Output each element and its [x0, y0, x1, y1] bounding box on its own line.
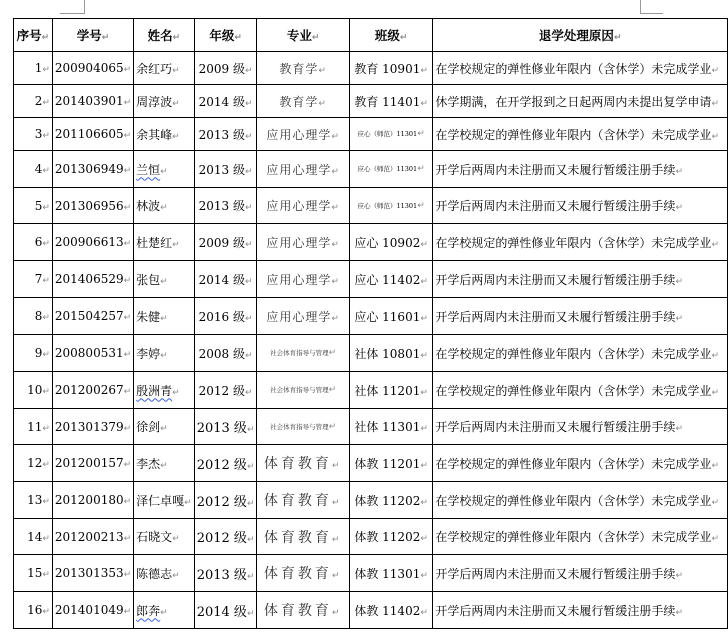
- paragraph-mark-icon: ↵: [160, 203, 168, 213]
- cell-grade-text: 2014 级: [199, 95, 245, 109]
- cell-name-text: 林波: [136, 199, 160, 213]
- paragraph-mark-icon: ↵: [160, 351, 168, 361]
- paragraph-mark-icon: ↵: [675, 571, 683, 581]
- table-row: 13↵ 201200180↵ 泽仁卓嘎↵ 2012 级↵ 体育教育↵ 体教 11…: [14, 482, 728, 519]
- paragraph-mark-icon: ↵: [247, 462, 255, 472]
- header-name[interactable]: 姓名↵: [134, 19, 195, 52]
- table-row: 9↵ 200800531↵ 李婷↵ 2008 级↵ 社会体育指导与管理↵ 社体 …: [14, 335, 728, 372]
- paragraph-mark-icon: ↵: [420, 351, 428, 361]
- cell-major-text: 应用心理学: [266, 273, 331, 287]
- table-row: 11↵ 201301379↵ 徐剑↵ 2013 级↵ 社会体育指导与管理↵ 社体…: [14, 409, 728, 445]
- cell-student-id-text: 201301353: [55, 566, 124, 580]
- paragraph-mark-icon: ↵: [184, 498, 192, 508]
- paragraph-mark-icon: ↵: [247, 499, 255, 509]
- cell-student-id-text: 201306949: [55, 162, 124, 176]
- paragraph-mark-icon: ↵: [614, 33, 622, 43]
- cell-reason-text: 在学校规定的弹性修业年限内（含休学）未完成学业: [435, 457, 711, 471]
- cell-no[interactable]: 14↵: [14, 519, 53, 555]
- cell-student-id-text: 201200213: [55, 530, 124, 544]
- cell-class[interactable]: 应心（师范）11301↵: [349, 118, 433, 151]
- table-row: 15↵ 201301353↵ 陈德志↵ 2013 级↵ 体育教育↵ 体教 113…: [14, 555, 728, 592]
- paragraph-mark-icon: ↵: [332, 498, 343, 508]
- cell-name[interactable]: 郎奔↵: [134, 592, 195, 629]
- paragraph-mark-icon: ↵: [245, 66, 253, 76]
- cell-class[interactable]: 体教 11402↵: [349, 592, 433, 629]
- cell-no[interactable]: 6↵: [14, 224, 53, 261]
- cell-reason[interactable]: 开学后两周内未注册而又未履行暂缓注册手续↵: [433, 555, 728, 592]
- paragraph-mark-icon: ↵: [711, 240, 719, 250]
- cell-student-id-text: 201504257: [55, 309, 124, 323]
- cell-grade[interactable]: 2014 级↵: [194, 261, 257, 298]
- cell-reason-text: 开学后两周内未注册而又未履行暂缓注册手续: [435, 420, 675, 434]
- cell-reason[interactable]: 开学后两周内未注册而又未履行暂缓注册手续↵: [433, 298, 728, 335]
- cell-name[interactable]: 朱健↵: [134, 298, 195, 335]
- cell-reason[interactable]: 开学后两周内未注册而又未履行暂缓注册手续↵: [433, 151, 728, 188]
- paragraph-mark-icon: ↵: [124, 387, 132, 397]
- cell-student-id[interactable]: 201106605↵: [52, 118, 133, 151]
- cell-name-text: 石晓文: [136, 530, 172, 544]
- cell-major[interactable]: 体育教育↵: [257, 519, 349, 555]
- cell-grade[interactable]: 2013 级↵: [194, 555, 257, 592]
- cell-grade-text: 2013 级: [199, 163, 245, 177]
- cell-student-id[interactable]: 201403901↵: [52, 85, 133, 118]
- cell-grade[interactable]: 2013 级↵: [194, 118, 257, 151]
- cell-grade[interactable]: 2013 级↵: [194, 188, 257, 224]
- cell-student-id-text: 201200180: [55, 493, 124, 507]
- cell-reason-text: 在学校规定的弹性修业年限内（含休学）未完成学业: [435, 236, 711, 250]
- cell-major[interactable]: 教育学↵: [257, 52, 349, 85]
- cell-major[interactable]: 体育教育↵: [257, 482, 349, 519]
- paragraph-mark-icon: ↵: [160, 608, 168, 618]
- cell-major[interactable]: 教育学↵: [257, 85, 349, 118]
- cell-major[interactable]: 应用心理学↵: [257, 188, 349, 224]
- paragraph-mark-icon: ↵: [124, 497, 132, 507]
- cell-major[interactable]: 应用心理学↵: [257, 118, 349, 151]
- cell-student-id-text: 200906613: [55, 235, 124, 249]
- cell-class-text: 社体 10801: [354, 347, 420, 361]
- paragraph-mark-icon: ↵: [160, 461, 168, 471]
- paragraph-mark-icon: ↵: [331, 314, 340, 324]
- cell-no[interactable]: 5↵: [14, 188, 53, 224]
- paragraph-mark-icon: ↵: [420, 314, 428, 324]
- cell-major-text: 体育教育: [264, 456, 332, 472]
- cell-major-text: 应用心理学: [266, 163, 331, 177]
- paragraph-mark-icon: ↵: [172, 240, 180, 250]
- cell-student-id-text: 201200267: [55, 383, 124, 397]
- paragraph-mark-icon: ↵: [331, 203, 340, 213]
- paragraph-mark-icon: ↵: [172, 99, 180, 109]
- cell-grade[interactable]: 2014 级↵: [194, 85, 257, 118]
- paragraph-mark-icon: ↵: [245, 388, 253, 398]
- cell-student-id[interactable]: 201200213↵: [52, 519, 133, 555]
- paragraph-mark-icon: ↵: [417, 164, 425, 174]
- cell-no-text: 13: [27, 493, 42, 507]
- cell-no[interactable]: 10↵: [14, 372, 53, 409]
- cell-student-id[interactable]: 201401049↵: [52, 592, 133, 629]
- cell-grade[interactable]: 2012 级↵: [194, 482, 257, 519]
- paragraph-mark-icon: ↵: [172, 571, 180, 581]
- paragraph-mark-icon: ↵: [675, 277, 683, 287]
- cell-major-text: 应用心理学: [266, 128, 331, 142]
- cell-name-text: 郎奔: [136, 604, 160, 618]
- paragraph-mark-icon: ↵: [124, 166, 132, 176]
- paragraph-mark-icon: ↵: [172, 132, 180, 142]
- cell-class-text: 教育 11401: [354, 95, 420, 109]
- paragraph-mark-icon: ↵: [42, 460, 50, 470]
- cell-class-text: 应心（师范）11301: [358, 202, 418, 210]
- cell-student-id[interactable]: 200904065↵: [52, 52, 133, 85]
- header-no[interactable]: 序号↵: [14, 19, 53, 52]
- paragraph-mark-icon: ↵: [124, 570, 132, 580]
- cell-reason-text: 开学后两周内未注册而又未履行暂缓注册手续: [435, 273, 675, 287]
- paragraph-mark-icon: ↵: [711, 66, 719, 76]
- paragraph-mark-icon: ↵: [172, 534, 180, 544]
- cell-no[interactable]: 11↵: [14, 409, 53, 445]
- paragraph-mark-icon: ↵: [42, 387, 50, 397]
- paragraph-mark-icon: ↵: [400, 33, 408, 43]
- cell-student-id[interactable]: 201200267↵: [52, 372, 133, 409]
- paragraph-mark-icon: ↵: [124, 350, 132, 360]
- cell-grade-text: 2012 级: [197, 458, 247, 473]
- cell-major[interactable]: 体育教育↵: [257, 555, 349, 592]
- cell-name-text: 余其峰: [136, 128, 172, 142]
- cell-class[interactable]: 应心 10902↵: [349, 224, 433, 261]
- cell-reason[interactable]: 在学校规定的弹性修业年限内（含休学）未完成学业↵: [433, 52, 728, 85]
- cell-student-id-text: 200904065: [55, 61, 124, 75]
- cell-name[interactable]: 杜楚红↵: [134, 224, 195, 261]
- paragraph-mark-icon: ↵: [124, 460, 132, 470]
- cell-major[interactable]: 社会体育指导与管理↵: [257, 409, 349, 445]
- cell-major-text: 体育教育: [264, 566, 332, 582]
- cell-no-text: 10: [27, 383, 42, 397]
- cell-grade[interactable]: 2009 级↵: [194, 52, 257, 85]
- cell-student-id[interactable]: 201200157↵: [52, 445, 133, 482]
- cell-name[interactable]: 殷洲青↵: [134, 372, 195, 409]
- cell-reason-text: 开学后两周内未注册而又未履行暂缓注册手续: [435, 163, 675, 177]
- paragraph-mark-icon: ↵: [675, 424, 683, 434]
- paragraph-mark-icon: ↵: [42, 424, 50, 434]
- cell-grade[interactable]: 2012 级↵: [194, 445, 257, 482]
- cell-student-id-text: 201401049: [55, 603, 124, 617]
- cell-class[interactable]: 应心 11402↵: [349, 261, 433, 298]
- cell-reason[interactable]: 在学校规定的弹性修业年限内（含休学）未完成学业↵: [433, 372, 728, 409]
- paragraph-mark-icon: ↵: [42, 497, 50, 507]
- table-row: 10↵ 201200267↵ 殷洲青↵ 2012 级↵ 社会体育指导与管理↵ 社…: [14, 372, 728, 409]
- table-row: 5↵ 201306956↵ 林波↵ 2013 级↵ 应用心理学↵ 应心（师范）1…: [14, 188, 728, 224]
- cell-class-text: 体教 11402: [354, 604, 420, 618]
- paragraph-mark-icon: ↵: [331, 240, 340, 250]
- cell-grade-text: 2013 级: [197, 421, 247, 436]
- cell-reason[interactable]: 在学校规定的弹性修业年限内（含休学）未完成学业↵: [433, 224, 728, 261]
- cell-reason[interactable]: 在学校规定的弹性修业年限内（含休学）未完成学业↵: [433, 335, 728, 372]
- paragraph-mark-icon: ↵: [42, 534, 50, 544]
- cell-grade[interactable]: 2009 级↵: [194, 224, 257, 261]
- cell-name-text: 陈德志: [136, 567, 172, 581]
- cell-grade-text: 2014 级: [199, 273, 245, 287]
- paragraph-mark-icon: ↵: [332, 461, 343, 471]
- paragraph-mark-icon: ↵: [675, 167, 683, 177]
- cell-student-id[interactable]: 201406529↵: [52, 261, 133, 298]
- cell-grade-text: 2014 级: [197, 605, 247, 620]
- cell-major[interactable]: 社会体育指导与管理↵: [257, 372, 349, 409]
- paragraph-mark-icon: ↵: [247, 572, 255, 582]
- cell-class[interactable]: 应心（师范）11301↵: [349, 188, 433, 224]
- cell-name[interactable]: 余红巧↵: [134, 52, 195, 85]
- paragraph-mark-icon: ↵: [245, 203, 253, 213]
- cell-name-text: 李杰: [136, 457, 160, 471]
- paragraph-mark-icon: ↵: [173, 33, 181, 43]
- cell-reason[interactable]: 在学校规定的弹性修业年限内（含休学）未完成学业↵: [433, 118, 728, 151]
- cell-no[interactable]: 2↵: [14, 85, 53, 118]
- cell-student-id[interactable]: 201200180↵: [52, 482, 133, 519]
- paragraph-mark-icon: ↵: [420, 277, 428, 287]
- cell-name-text: 兰恒: [136, 163, 160, 177]
- cell-class-text: 应心 10902: [354, 236, 420, 250]
- cell-grade[interactable]: 2013 级↵: [194, 151, 257, 188]
- cell-reason[interactable]: 休学期满，在开学报到之日起两周内未提出复学申请↵: [433, 85, 728, 118]
- cell-student-id[interactable]: 201306949↵: [52, 151, 133, 188]
- paragraph-mark-icon: ↵: [42, 33, 50, 43]
- cell-no[interactable]: 3↵: [14, 118, 53, 151]
- cell-class[interactable]: 教育 11401↵: [349, 85, 433, 118]
- header-major[interactable]: 专业↵: [257, 19, 349, 52]
- cell-no[interactable]: 1↵: [14, 52, 53, 85]
- cell-major[interactable]: 体育教育↵: [257, 445, 349, 482]
- table-row: 3↵ 201106605↵ 余其峰↵ 2013 级↵ 应用心理学↵ 应心（师范）…: [14, 118, 728, 151]
- paragraph-mark-icon: ↵: [711, 461, 719, 471]
- cell-student-id[interactable]: 200906613↵: [52, 224, 133, 261]
- cell-class[interactable]: 社体 11201↵: [349, 372, 433, 409]
- cell-grade[interactable]: 2013 级↵: [194, 409, 257, 445]
- paragraph-mark-icon: ↵: [160, 314, 168, 324]
- paragraph-mark-icon: ↵: [711, 99, 719, 109]
- cell-no-text: 16: [27, 603, 42, 617]
- cell-name[interactable]: 兰恒↵: [134, 151, 195, 188]
- paragraph-mark-icon: ↵: [42, 570, 50, 580]
- paragraph-mark-icon: ↵: [420, 608, 428, 618]
- cell-class-text: 体教 11301: [354, 567, 420, 581]
- cell-reason-text: 在学校规定的弹性修业年限内（含休学）未完成学业: [435, 128, 711, 142]
- paragraph-mark-icon: ↵: [245, 277, 253, 287]
- paragraph-mark-icon: ↵: [711, 388, 719, 398]
- cell-reason-text: 在学校规定的弹性修业年限内（含休学）未完成学业: [435, 494, 711, 508]
- paragraph-mark-icon: ↵: [160, 277, 168, 287]
- cell-major-text: 应用心理学: [266, 310, 331, 324]
- cell-student-id[interactable]: 201301379↵: [52, 409, 133, 445]
- paragraph-mark-icon: ↵: [420, 571, 428, 581]
- cell-no[interactable]: 16↵: [14, 592, 53, 629]
- cell-class-text: 体教 11201: [354, 457, 420, 471]
- paragraph-mark-icon: ↵: [711, 132, 719, 142]
- cell-no[interactable]: 7↵: [14, 261, 53, 298]
- paragraph-mark-icon: ↵: [711, 351, 719, 361]
- cell-grade[interactable]: 2014 级↵: [194, 592, 257, 629]
- cell-grade-text: 2012 级: [197, 495, 247, 510]
- paragraph-mark-icon: ↵: [329, 422, 337, 432]
- cell-name-text: 朱健: [136, 310, 160, 324]
- cell-reason-text: 在学校规定的弹性修业年限内（含休学）未完成学业: [435, 384, 711, 398]
- cell-reason[interactable]: 开学后两周内未注册而又未履行暂缓注册手续↵: [433, 592, 728, 629]
- cell-no-text: 12: [27, 456, 42, 470]
- paragraph-mark-icon: ↵: [711, 534, 719, 544]
- cell-no[interactable]: 9↵: [14, 335, 53, 372]
- cell-name[interactable]: 张包↵: [134, 261, 195, 298]
- cell-major[interactable]: 体育教育↵: [257, 592, 349, 629]
- header-grade[interactable]: 年级↵: [194, 19, 257, 52]
- cell-name[interactable]: 李婷↵: [134, 335, 195, 372]
- cell-name[interactable]: 陈德志↵: [134, 555, 195, 592]
- cell-grade[interactable]: 2012 级↵: [194, 372, 257, 409]
- cell-reason[interactable]: 开学后两周内未注册而又未履行暂缓注册手续↵: [433, 188, 728, 224]
- cell-name[interactable]: 徐剑↵: [134, 409, 195, 445]
- cell-no[interactable]: 8↵: [14, 298, 53, 335]
- cell-name[interactable]: 林波↵: [134, 188, 195, 224]
- cell-class-text: 社体 11301: [354, 420, 420, 434]
- paragraph-mark-icon: ↵: [245, 167, 253, 177]
- cell-major[interactable]: 应用心理学↵: [257, 224, 349, 261]
- paragraph-mark-icon: ↵: [247, 535, 255, 545]
- cell-student-id[interactable]: 201504257↵: [52, 298, 133, 335]
- table-row: 14↵ 201200213↵ 石晓文↵ 2012 级↵ 体育教育↵ 体教 112…: [14, 519, 728, 555]
- cell-name[interactable]: 石晓文↵: [134, 519, 195, 555]
- cell-reason-text: 在学校规定的弹性修业年限内（含休学）未完成学业: [435, 530, 711, 544]
- paragraph-mark-icon: ↵: [420, 461, 428, 471]
- cell-grade-text: 2013 级: [199, 128, 245, 142]
- paragraph-mark-icon: ↵: [124, 65, 132, 75]
- withdrawal-table: 序号↵ 学号↵ 姓名↵ 年级↵ 专业↵ 班级↵ 退学处理原因↵ 1↵ 20090…: [13, 18, 728, 629]
- cell-grade[interactable]: 2016 级↵: [194, 298, 257, 335]
- cell-reason-text: 休学期满，在开学报到之日起两周内未提出复学申请: [435, 95, 711, 109]
- cell-name-text: 殷洲青: [136, 384, 172, 398]
- cell-class[interactable]: 体教 11201↵: [349, 445, 433, 482]
- cell-class[interactable]: 体教 11202↵: [349, 482, 433, 519]
- cell-student-id[interactable]: 200800531↵: [52, 335, 133, 372]
- cell-reason[interactable]: 开学后两周内未注册而又未履行暂缓注册手续↵: [433, 409, 728, 445]
- paragraph-mark-icon: ↵: [42, 65, 50, 75]
- paragraph-mark-icon: ↵: [42, 313, 50, 323]
- cell-class[interactable]: 应心 11601↵: [349, 298, 433, 335]
- paragraph-mark-icon: ↵: [245, 240, 253, 250]
- paragraph-mark-icon: ↵: [318, 99, 327, 109]
- cell-class-text: 体教 11202: [354, 494, 420, 508]
- cell-class[interactable]: 社体 10801↵: [349, 335, 433, 372]
- cell-reason[interactable]: 在学校规定的弹性修业年限内（含休学）未完成学业↵: [433, 445, 728, 482]
- paragraph-mark-icon: ↵: [417, 201, 425, 211]
- paragraph-mark-icon: ↵: [675, 608, 683, 618]
- cell-name[interactable]: 泽仁卓嘎↵: [134, 482, 195, 519]
- paragraph-mark-icon: ↵: [312, 33, 320, 43]
- paragraph-mark-icon: ↵: [124, 424, 132, 434]
- cell-name-text: 李婷: [136, 347, 160, 361]
- cell-reason[interactable]: 在学校规定的弹性修业年限内（含休学）未完成学业↵: [433, 519, 728, 555]
- cell-major-text: 社会体育指导与管理: [270, 423, 329, 431]
- cell-no[interactable]: 12↵: [14, 445, 53, 482]
- cell-name-text: 周淳波: [136, 95, 172, 109]
- cell-reason[interactable]: 开学后两周内未注册而又未履行暂缓注册手续↵: [433, 261, 728, 298]
- paragraph-mark-icon: ↵: [247, 609, 255, 619]
- cell-major-text: 应用心理学: [266, 199, 331, 213]
- cell-major-text: 教育学: [279, 95, 318, 109]
- cell-reason-text: 开学后两周内未注册而又未履行暂缓注册手续: [435, 567, 675, 581]
- cell-class[interactable]: 应心（师范）11301↵: [349, 151, 433, 188]
- cell-grade[interactable]: 2008 级↵: [194, 335, 257, 372]
- cell-reason-text: 开学后两周内未注册而又未履行暂缓注册手续: [435, 310, 675, 324]
- paragraph-mark-icon: ↵: [172, 388, 180, 398]
- cell-name[interactable]: 周淳波↵: [134, 85, 195, 118]
- cell-student-id[interactable]: 201301353↵: [52, 555, 133, 592]
- paragraph-mark-icon: ↵: [332, 535, 343, 545]
- paragraph-mark-icon: ↵: [124, 534, 132, 544]
- paragraph-mark-icon: ↵: [675, 203, 683, 213]
- cell-no[interactable]: 15↵: [14, 555, 53, 592]
- cell-class[interactable]: 体教 11301↵: [349, 555, 433, 592]
- crop-mark-top-right: [640, 0, 663, 14]
- cell-student-id-text: 201106605: [55, 127, 124, 141]
- header-reason[interactable]: 退学处理原因↵: [433, 19, 728, 52]
- paragraph-mark-icon: ↵: [420, 534, 428, 544]
- cell-no[interactable]: 4↵: [14, 151, 53, 188]
- cell-major-text: 体育教育: [264, 530, 332, 546]
- cell-name[interactable]: 余其峰↵: [134, 118, 195, 151]
- paragraph-mark-icon: ↵: [332, 571, 343, 581]
- paragraph-mark-icon: ↵: [124, 203, 132, 213]
- cell-class[interactable]: 体教 11202↵: [349, 519, 433, 555]
- cell-major[interactable]: 应用心理学↵: [257, 298, 349, 335]
- crop-mark-top-left: [60, 0, 85, 14]
- paragraph-mark-icon: ↵: [331, 167, 340, 177]
- cell-class[interactable]: 教育 10901↵: [349, 52, 433, 85]
- cell-class-text: 社体 11201: [354, 384, 420, 398]
- paragraph-mark-icon: ↵: [420, 388, 428, 398]
- paragraph-mark-icon: ↵: [420, 424, 428, 434]
- cell-reason[interactable]: 在学校规定的弹性修业年限内（含休学）未完成学业↵: [433, 482, 728, 519]
- table-row: 1↵ 200904065↵ 余红巧↵ 2009 级↵ 教育学↵ 教育 10901…: [14, 52, 728, 85]
- paragraph-mark-icon: ↵: [332, 608, 343, 618]
- cell-major[interactable]: 应用心理学↵: [257, 261, 349, 298]
- cell-major[interactable]: 应用心理学↵: [257, 151, 349, 188]
- table-row: 8↵ 201504257↵ 朱健↵ 2016 级↵ 应用心理学↵ 应心 1160…: [14, 298, 728, 335]
- cell-student-id-text: 201406529: [55, 272, 124, 286]
- cell-no[interactable]: 13↵: [14, 482, 53, 519]
- paragraph-mark-icon: ↵: [42, 276, 50, 286]
- cell-name[interactable]: 李杰↵: [134, 445, 195, 482]
- cell-no-text: 14: [27, 530, 42, 544]
- table-row: 12↵ 201200157↵ 李杰↵ 2012 级↵ 体育教育↵ 体教 1120…: [14, 445, 728, 482]
- paragraph-mark-icon: ↵: [42, 239, 50, 249]
- paragraph-mark-icon: ↵: [42, 166, 50, 176]
- cell-name-text: 张包: [136, 273, 160, 287]
- table-row: 16↵ 201401049↵ 郎奔↵ 2014 级↵ 体育教育↵ 体教 1140…: [14, 592, 728, 629]
- paragraph-mark-icon: ↵: [331, 277, 340, 287]
- paragraph-mark-icon: ↵: [42, 203, 50, 213]
- cell-class[interactable]: 社体 11301↵: [349, 409, 433, 445]
- cell-grade-text: 2012 级: [199, 384, 245, 398]
- cell-class-text: 应心 11601: [354, 310, 420, 324]
- header-class[interactable]: 班级↵: [349, 19, 433, 52]
- cell-grade[interactable]: 2012 级↵: [194, 519, 257, 555]
- cell-reason-text: 开学后两周内未注册而又未履行暂缓注册手续: [435, 199, 675, 213]
- cell-major[interactable]: 社会体育指导与管理↵: [257, 335, 349, 372]
- cell-student-id-text: 201200157: [55, 456, 124, 470]
- cell-student-id[interactable]: 201306956↵: [52, 188, 133, 224]
- cell-grade-text: 2013 级: [199, 199, 245, 213]
- paragraph-mark-icon: ↵: [331, 132, 340, 142]
- header-student-id[interactable]: 学号↵: [52, 19, 133, 52]
- cell-student-id-text: 201301379: [55, 420, 124, 434]
- cell-class-text: 应心（师范）11301: [358, 130, 418, 138]
- paragraph-mark-icon: ↵: [318, 66, 327, 76]
- paragraph-mark-icon: ↵: [247, 425, 255, 435]
